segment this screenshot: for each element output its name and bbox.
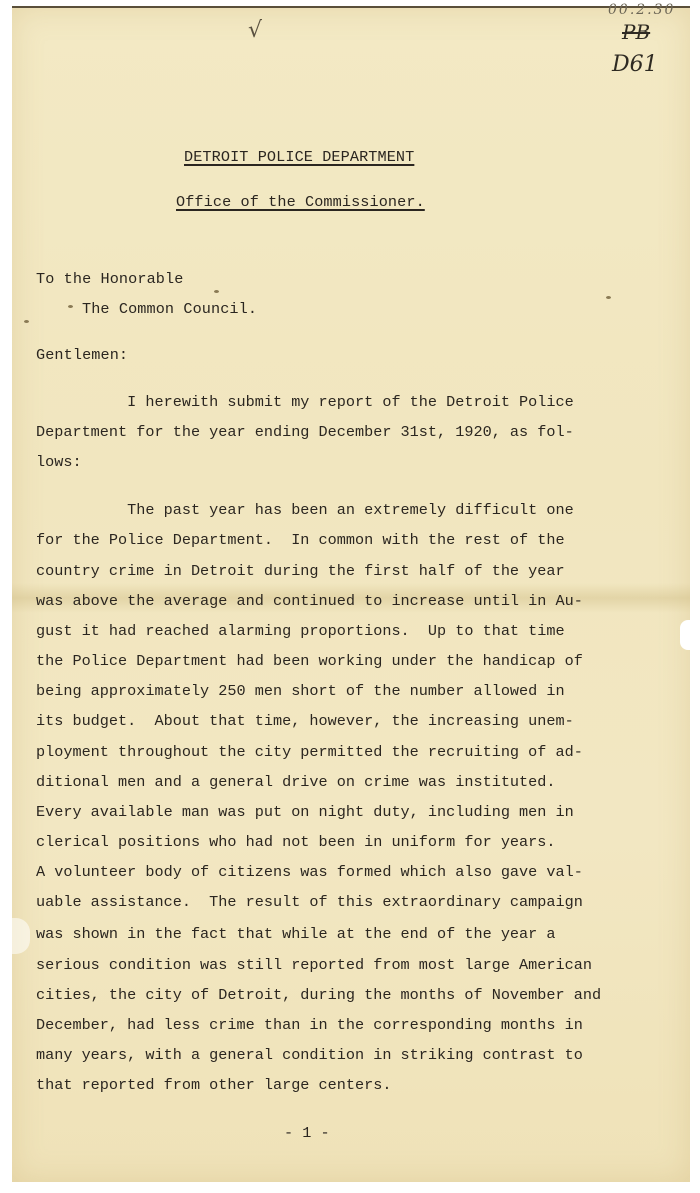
address-line-2: The Common Council. — [82, 300, 257, 318]
text-line: serious condition was still reported fro… — [36, 956, 592, 974]
text-line: cities, the city of Detroit, during the … — [36, 986, 601, 1004]
salutation: Gentlemen: — [36, 346, 128, 364]
text-line: that reported from other large centers. — [36, 1076, 391, 1094]
text-line: being approximately 250 men short of the… — [36, 682, 565, 700]
text-line: the Police Department had been working u… — [36, 652, 583, 670]
text-line: many years, with a general condition in … — [36, 1046, 583, 1064]
text-line: was above the average and continued to i… — [36, 592, 583, 610]
text-line: was shown in the fact that while at the … — [36, 925, 556, 943]
address-line-1: To the Honorable — [36, 270, 183, 288]
organization-heading: DETROIT POLICE DEPARTMENT — [184, 148, 414, 166]
ink-speck — [606, 296, 611, 299]
text-line: Every available man was put on night dut… — [36, 803, 574, 821]
text-line: ployment throughout the city permitted t… — [36, 743, 583, 761]
office-heading: Office of the Commissioner. — [176, 193, 425, 211]
text-line: uable assistance. The result of this ext… — [36, 893, 583, 911]
text-line: I herewith submit my report of the Detro… — [36, 393, 574, 411]
paper-edge-tear-left — [8, 918, 30, 954]
text-line: country crime in Detroit during the firs… — [36, 562, 565, 580]
text-line: ditional men and a general drive on crim… — [36, 773, 556, 791]
text-line: A volunteer body of citizens was formed … — [36, 863, 583, 881]
text-line: its budget. About that time, however, th… — [36, 712, 574, 730]
ink-speck — [68, 305, 73, 308]
text-line: for the Police Department. In common wit… — [36, 531, 565, 549]
text-line: lows: — [36, 453, 82, 471]
text-line: December, had less crime than in the cor… — [36, 1016, 583, 1034]
handwritten-check-mark-icon: √ — [248, 18, 262, 43]
text-line: Department for the year ending December … — [36, 423, 574, 441]
handwritten-date-note: 00.2.30 — [608, 2, 675, 18]
ink-speck — [214, 290, 219, 293]
text-line: clerical positions who had not been in u… — [36, 833, 556, 851]
handwritten-struck-initials: PB — [622, 20, 650, 44]
ink-speck — [24, 320, 29, 323]
text-line: gust it had reached alarming proportions… — [36, 622, 565, 640]
handwritten-file-code: D61 — [612, 52, 658, 77]
text-line: The past year has been an extremely diff… — [36, 501, 574, 519]
paper-edge-tear — [680, 620, 694, 650]
page-number: - 1 - — [284, 1124, 330, 1142]
